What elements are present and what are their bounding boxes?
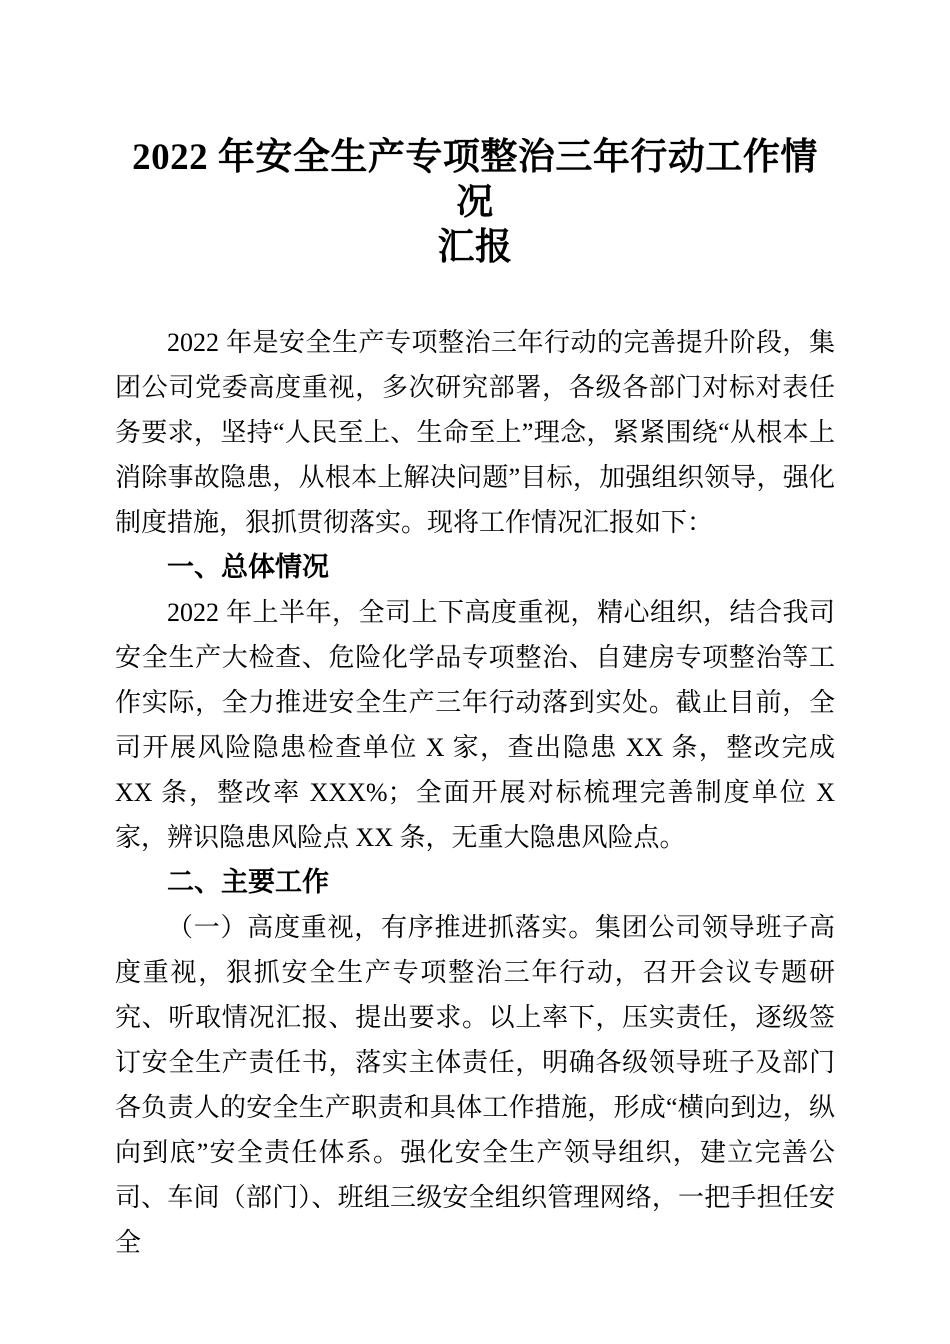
subsection-lead-text: （一）高度重视，有序推进抓落实。 (167, 913, 595, 942)
title-line-2: 汇报 (115, 225, 835, 270)
overview-paragraph: 2022 年上半年，全司上下高度重视，精心组织，结合我司安全生产大检查、危险化学… (115, 590, 835, 860)
document-title: 2022 年安全生产专项整治三年行动工作情况 汇报 (115, 135, 835, 270)
title-line-1: 2022 年安全生产专项整治三年行动工作情况 (115, 135, 835, 225)
document-content: 2022 年安全生产专项整治三年行动工作情况 汇报 2022 年是安全生产专项整… (0, 135, 950, 1265)
intro-paragraph: 2022 年是安全生产专项整治三年行动的完善提升阶段，集团公司党委高度重视，多次… (115, 320, 835, 545)
section-heading-main-work: 二、主要工作 (115, 860, 835, 905)
subsection-body-text: 集团公司领导班子高度重视，狠抓安全生产专项整治三年行动，召开会议专题研究、听取情… (115, 913, 835, 1257)
section-heading-overview: 一、总体情况 (115, 545, 835, 590)
document-page: 2022 年安全生产专项整治三年行动工作情况 汇报 2022 年是安全生产专项整… (0, 0, 950, 1344)
main-work-paragraph: （一）高度重视，有序推进抓落实。集团公司领导班子高度重视，狠抓安全生产专项整治三… (115, 905, 835, 1265)
